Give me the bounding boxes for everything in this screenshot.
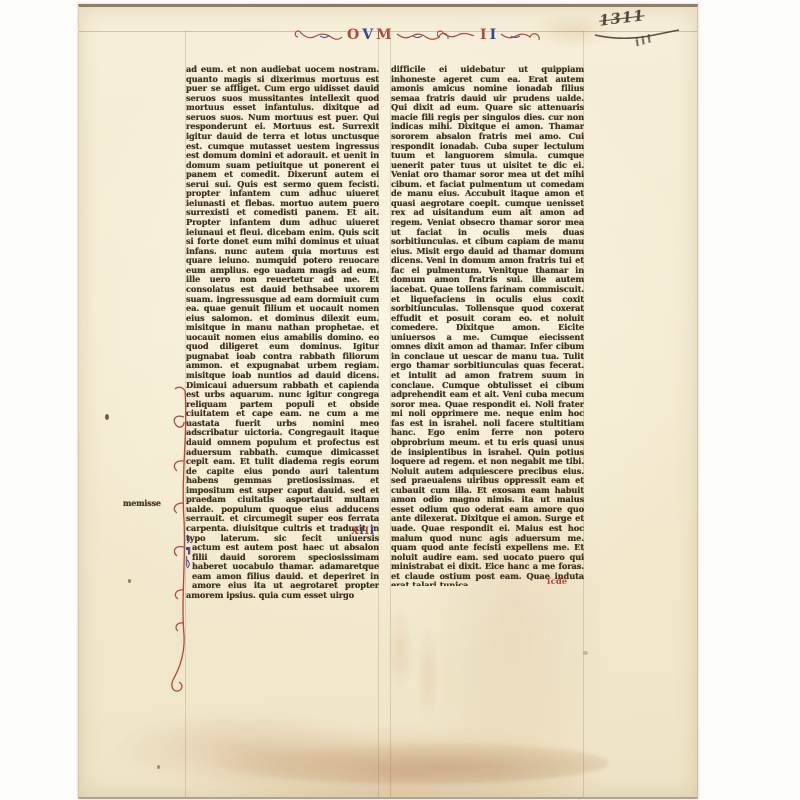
penwork-flourish-icon xyxy=(294,27,344,43)
right-column-text: difficile ei uidebatur ut quippiam inhon… xyxy=(391,65,584,586)
left-column-text: ad eum. et non audiebat uocem nostram. q… xyxy=(186,65,379,543)
chapter-number-letter: I xyxy=(370,526,375,537)
photo-background: O V M I I 1311 iii xyxy=(0,0,800,800)
penwork-flourish-icon xyxy=(437,27,477,43)
bottom-stain xyxy=(219,742,609,784)
parchment-speck xyxy=(157,765,160,769)
pencil-inventory-mark: 1311 iii xyxy=(599,8,709,27)
running-title-letter: M xyxy=(376,28,392,42)
book-numeral-letter: I xyxy=(490,28,497,42)
rubric-end-mark: ſcde xyxy=(547,577,567,587)
parchment-speck xyxy=(128,579,131,583)
book-numeral: I I xyxy=(437,25,543,45)
manuscript-leaf: O V M I I 1311 iii xyxy=(78,4,698,799)
penwork-vine-flourish xyxy=(165,385,195,707)
chapter-number: XIII xyxy=(351,526,375,537)
running-title-letter: O xyxy=(347,28,359,42)
parchment-speck xyxy=(583,651,588,655)
parchment-speck xyxy=(105,414,109,420)
penwork-flourish-icon xyxy=(499,27,543,43)
running-title-letter: V xyxy=(362,28,373,42)
book-numeral-letter: I xyxy=(480,28,487,42)
chapter-13-opening: Factum est autem post haec ut absalon fi… xyxy=(186,543,379,616)
center-stain xyxy=(379,597,449,727)
chapter-13-text: actum est autem post haec ut absalon fil… xyxy=(186,543,379,600)
running-title: O V M xyxy=(294,25,453,45)
